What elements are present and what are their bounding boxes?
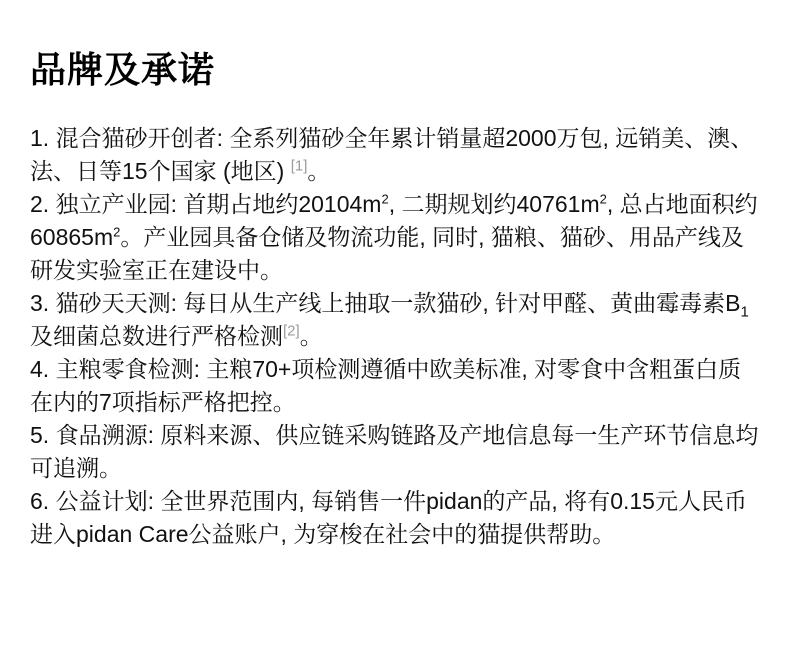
promise-list: 1. 混合猫砂开创者: 全系列猫砂全年累计销量超2000万包, 远销美、澳、法、…: [30, 122, 762, 551]
brand-promise-section: 品牌及承诺 1. 混合猫砂开创者: 全系列猫砂全年累计销量超2000万包, 远销…: [0, 0, 790, 654]
list-item-daily-litter-test: 3. 猫砂天天测: 每日从生产线上抽取一款猫砂, 针对甲醛、黄曲霉毒素B1及细菌…: [30, 287, 762, 353]
list-item-food-testing: 4. 主粮零食检测: 主粮70+项检测遵循中欧美标准, 对零食中含粗蛋白质在内的…: [30, 353, 762, 419]
item2-text-2: , 二期规划约40761m: [389, 191, 600, 217]
item2-text-4: 。产业园具备仓储及物流功能, 同时, 猫粮、猫砂、用品产线及研发实验室正在建设中…: [30, 224, 744, 283]
list-item-food-traceability: 5. 食品溯源: 原料来源、供应链采购链路及产地信息每一生产环节信息均可追溯。: [30, 419, 762, 485]
item2-sq-meter-sup-1: 2: [381, 191, 388, 206]
item3-aflatoxin-b1-sub: 1: [740, 304, 748, 321]
list-item-industrial-park: 2. 独立产业园: 首期占地约20104m2, 二期规划约40761m2, 总占…: [30, 188, 762, 287]
item2-sq-meter-sup-2: 2: [600, 191, 607, 206]
list-item-cat-litter-pioneer: 1. 混合猫砂开创者: 全系列猫砂全年累计销量超2000万包, 远销美、澳、法、…: [30, 122, 762, 188]
list-item-charity-plan: 6. 公益计划: 全世界范围内, 每销售一件pidan的产品, 将有0.15元人…: [30, 485, 762, 551]
item3-text-2: 及细菌总数进行严格检测: [30, 323, 283, 349]
item3-period: 。: [300, 323, 323, 349]
footnote-ref-2: [2]: [283, 322, 300, 339]
footnote-ref-1: [1]: [291, 157, 308, 174]
item1-text: 1. 混合猫砂开创者: 全系列猫砂全年累计销量超2000万包, 远销美、澳、法、…: [30, 125, 753, 184]
item1-period: 。: [307, 158, 330, 184]
item3-text-1: 3. 猫砂天天测: 每日从生产线上抽取一款猫砂, 针对甲醛、黄曲霉毒素B: [30, 290, 740, 316]
item2-text-1: 2. 独立产业园: 首期占地约20104m: [30, 191, 381, 217]
page-title: 品牌及承诺: [30, 48, 762, 92]
